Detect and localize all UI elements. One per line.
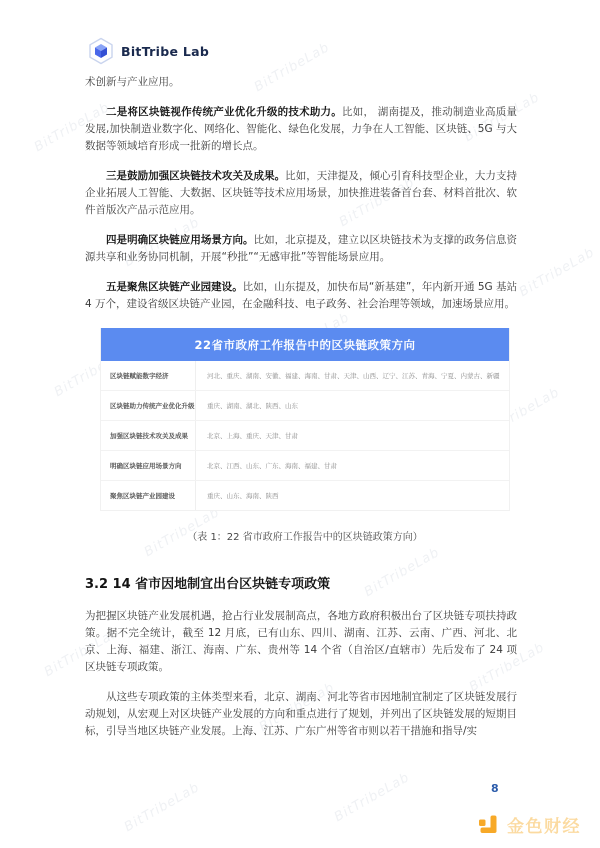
paragraph-text: 为把握区块链产业发展机遇，抢占行业发展制高点，各地方政府积极出台了区块链专项扶持…	[85, 610, 517, 673]
jinse-wordmark: 金色财经	[507, 812, 581, 837]
policy-table: 22省市政府工作报告中的区块链政策方向 区块链赋能数字经济 河北、重庆、湖南、安…	[100, 328, 510, 511]
table-cell-category: 区块链赋能数字经济	[101, 361, 196, 390]
watermark-text: BitTribeLab	[332, 770, 412, 825]
paragraph-lead: 五是聚焦区块链产业园建设。	[106, 281, 243, 293]
paragraph: 五是聚焦区块链产业园建设。比如，山东提及，加快布局“新基建”，年内新开通 5G …	[85, 279, 517, 313]
paragraph: 为把握区块链产业发展机遇，抢占行业发展制高点，各地方政府积极出台了区块链专项扶持…	[85, 608, 517, 676]
table-row: 明确区块链应用场景方向 北京、江西、山东、广东、海南、福建、甘肃	[101, 451, 509, 481]
table-row: 区块链赋能数字经济 河北、重庆、湖南、安徽、福建、海南、甘肃、天津、山西、辽宁、…	[101, 361, 509, 391]
table-row: 加强区块链技术攻关及成果 北京、上海、重庆、天津、甘肃	[101, 421, 509, 451]
table-cell-category: 区块链助力传统产业优化升级	[101, 391, 196, 420]
document-body: 术创新与产业应用。 二是将区块链视作传统产业优化升级的技术助力。比如， 湖南提及…	[85, 74, 517, 740]
watermark-text: BitTribeLab	[517, 245, 597, 300]
paragraph-lead: 二是将区块链视作传统产业优化升级的技术助力。	[106, 106, 342, 118]
paragraph-lead: 四是明确区块链应用场景方向。	[106, 234, 254, 246]
table-caption: （表 1：22 省市政府工作报告中的区块链政策方向）	[100, 528, 510, 543]
logo-wordmark: BitTribe Lab	[121, 44, 209, 59]
table-cell-provinces: 重庆、湖南、湖北、陕西、山东	[196, 391, 509, 420]
table-cell-provinces: 重庆、山东、海南、陕西	[196, 481, 509, 510]
paragraph: 三是鼓励加强区块链技术攻关及成果。比如，天津提及，倾心引育科技型企业，大力支持企…	[85, 168, 517, 219]
watermark-text: BitTribeLab	[122, 780, 202, 835]
table-title: 22省市政府工作报告中的区块链政策方向	[101, 328, 509, 361]
bittribe-logo: BitTribe Lab	[88, 37, 209, 65]
section-heading: 3.2 14 省市因地制宜出台区块链专项政策	[85, 573, 517, 592]
table-cell-provinces: 河北、重庆、湖南、安徽、福建、海南、甘肃、天津、山西、辽宁、江苏、青海、宁夏、内…	[196, 361, 509, 390]
table-cell-category: 加强区块链技术攻关及成果	[101, 421, 196, 450]
page-number: 8	[491, 782, 499, 795]
table-cell-provinces: 北京、江西、山东、广东、海南、福建、甘肃	[196, 451, 509, 480]
paragraph-text: 从这些专项政策的主体类型来看，北京、湖南、河北等省市因地制宜制定了区块链发展行动…	[85, 691, 517, 737]
table-row: 区块链助力传统产业优化升级 重庆、湖南、湖北、陕西、山东	[101, 391, 509, 421]
paragraph-continuation: 术创新与产业应用。	[85, 74, 517, 91]
report-page: BitTribeLab BitTribeLab BitTribeLab BitT…	[0, 0, 600, 848]
jinse-bracket-icon	[477, 813, 501, 837]
paragraph-lead: 三是鼓励加强区块链技术攻关及成果。	[106, 170, 285, 182]
jinse-finance-logo: 金色财经	[477, 812, 581, 837]
paragraph: 从这些专项政策的主体类型来看，北京、湖南、河北等省市因地制宜制定了区块链发展行动…	[85, 689, 517, 740]
paragraph: 二是将区块链视作传统产业优化升级的技术助力。比如， 湖南提及，推动制造业高质量发…	[85, 104, 517, 155]
table-row: 聚焦区块链产业园建设 重庆、山东、海南、陕西	[101, 481, 509, 510]
paragraph: 四是明确区块链应用场景方向。比如，北京提及，建立以区块链技术为支撑的政务信息资源…	[85, 232, 517, 266]
cube-logo-icon	[88, 37, 114, 65]
table-cell-provinces: 北京、上海、重庆、天津、甘肃	[196, 421, 509, 450]
table-cell-category: 明确区块链应用场景方向	[101, 451, 196, 480]
table-cell-category: 聚焦区块链产业园建设	[101, 481, 196, 510]
